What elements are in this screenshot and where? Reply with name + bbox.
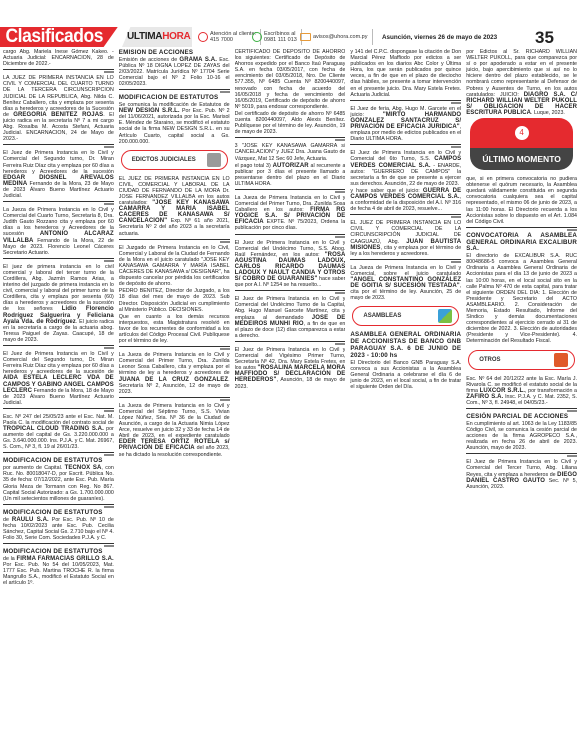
ultimahora-logo[interactable]: ULTIMAHORA xyxy=(127,31,190,42)
divider xyxy=(235,290,346,294)
classified-ad: La Jueza de Primera Instancia en lo Civi… xyxy=(119,352,230,395)
divider xyxy=(3,201,114,205)
divider xyxy=(3,452,114,456)
classified-ad: La Jueza de Primera Instancia en lo Civi… xyxy=(235,195,346,232)
box-icon xyxy=(554,353,568,367)
section-badge-asambleas[interactable]: ASAMBLEAS xyxy=(352,306,459,326)
ad-heading: MODIFICACION DE ESTATUTOS xyxy=(3,549,114,556)
divider xyxy=(350,214,461,218)
classified-ad: PEDRO BENITEZ, Director de Juzgado, a lo… xyxy=(119,288,230,312)
divider xyxy=(235,341,346,345)
ad-heading: EMISION DE ACCIONES xyxy=(119,50,230,57)
classified-ad: cargo Abg. Mariela Inese Gómez Kakeo. - … xyxy=(3,49,114,67)
divider xyxy=(3,408,114,412)
divider xyxy=(3,543,114,547)
ad-heading: CESIÓN PARCIAL DE ACCIONES xyxy=(466,414,577,421)
column-4: y 141 del C.P.C. dispongase la citación … xyxy=(350,49,461,753)
classified-ad: 3 "JOSE KEY KANASAWA GAMARRA s/ CANCELAC… xyxy=(235,143,346,161)
classified-ad: El Juez de Primera Instancia en lo Civil… xyxy=(3,150,114,199)
classified-ad: El Juzgado de Primera Instancia en lo Ci… xyxy=(119,245,230,288)
classified-ad: La Jueza de Primera Instancia en lo Civi… xyxy=(3,207,114,256)
divider xyxy=(235,137,346,141)
ad-heading: CONVOCATORIA A ASAMBLEA GENERAL ORDINARI… xyxy=(466,233,577,253)
classified-ad: La Jueza de Primera Instancia en lo Civi… xyxy=(119,403,230,458)
contact-whatsapp[interactable]: Escríbinos al0981 111 013 xyxy=(252,29,302,45)
classified-ad: y hace saber que el juicio: GUERRA DE CA… xyxy=(350,188,461,212)
divider xyxy=(466,453,577,457)
ultimo-momento-banner[interactable]: 4 ÚLTIMO MOMENTO xyxy=(470,118,573,170)
classified-ad: y 141 del C.P.C. dispongase la citación … xyxy=(350,49,461,98)
divider xyxy=(235,189,346,193)
classified-ad: El Juez de feria, Abg. Hugo M. Garcete e… xyxy=(350,106,461,143)
divider xyxy=(350,100,461,104)
divider xyxy=(466,227,577,231)
contact-email[interactable]: avisos@uhora.com.py xyxy=(300,29,373,45)
issue-date: Asunción, viernes 26 de mayo de 2023 xyxy=(382,34,497,41)
classified-ad: El Juez de Primera Instancia en lo Civil… xyxy=(235,296,346,339)
classified-ad: Esc. Nº 64 del 20/12/22 ante la Esc. Mar… xyxy=(466,376,577,406)
classified-ad: La Jueza de Primera Instancia en lo Civi… xyxy=(350,265,461,302)
divider xyxy=(119,397,230,401)
section-badge-otros[interactable]: OTROS xyxy=(468,350,575,370)
divider xyxy=(350,144,461,148)
ad-heading: MODIFICACION DE ESTATUTOS xyxy=(3,458,114,465)
page-number: 35 xyxy=(535,28,554,48)
divider xyxy=(3,504,114,508)
phone-icon xyxy=(198,32,208,42)
whatsapp-icon xyxy=(252,32,262,42)
divider xyxy=(119,89,230,93)
classified-ad: Que en cuanto a los demás recursos inter… xyxy=(119,314,230,344)
ad-heading: MODIFICACION DE ESTATUTOS xyxy=(3,510,114,517)
classified-ad: El Juez de Primera Instancia en lo Civil… xyxy=(3,351,114,406)
column-5: por Edictos al Sr. RICHARD WILLIAN WELTE… xyxy=(466,49,577,753)
section-title: Clasificados xyxy=(0,27,118,47)
clock-icon: 4 xyxy=(515,126,529,140)
classified-ad: CERTIFICADO DE DEPOSITO DE AHORRO los si… xyxy=(235,49,346,110)
divider xyxy=(119,346,230,350)
people-icon xyxy=(438,309,452,323)
classified-ad: El Juez de Primera Instancia en lo Civil… xyxy=(235,240,346,289)
classified-ad: Del certificado de depósito de ahorro Nº… xyxy=(235,111,346,135)
divider xyxy=(119,239,230,243)
divider xyxy=(3,345,114,349)
classifieds-columns: cargo Abg. Mariela Inese Gómez Kakeo. - … xyxy=(3,49,577,753)
column-3: CERTIFICADO DE DEPOSITO DE AHORRO los si… xyxy=(235,49,346,753)
classified-ad: El Juez de Primera Instancia en lo Civil… xyxy=(466,459,577,489)
classified-ad: EL JUEZ DE PRIMERA INSTANCIA EN LO CIVIL… xyxy=(350,220,461,257)
divider xyxy=(3,69,114,73)
ad-heading: ASAMBLEA GENERAL ORDINARIA DE ACCIONISTA… xyxy=(350,332,461,359)
divider xyxy=(350,259,461,263)
ad-heading: MODIFICACION DE ESTATUTOS xyxy=(119,95,230,102)
section-badge-edictos-judiciales[interactable]: EDICTOS JUDICIALES xyxy=(121,150,228,170)
gavel-icon xyxy=(207,153,221,167)
classified-ad: El Juez de Primera Instancia en lo Civil… xyxy=(350,150,461,187)
classified-ad: Esc. Nº 247 del 25/05/23 ante el Esc. Na… xyxy=(3,414,114,451)
classified-ad: LA JUEZ DE PRIMERA INSTANCIA EN LO CIVIL… xyxy=(3,75,114,142)
classified-ad: que, si en primera convocatoria no pudie… xyxy=(466,176,577,225)
divider xyxy=(3,144,114,148)
page-header: Clasificados ULTIMAHORA Atención al clie… xyxy=(0,27,580,47)
divider xyxy=(466,408,577,412)
classified-ad: por Edictos al Sr. RICHARD WILLIAN WELTE… xyxy=(466,49,577,116)
classified-ad: El Juez de Primera Instancia en lo Civil… xyxy=(235,347,346,390)
divider xyxy=(235,234,346,238)
classified-ad: EL JUEZ DE PRIMERA INSTANCIA EN LO CIVIL… xyxy=(119,176,230,237)
divider xyxy=(3,258,114,262)
column-1: cargo Abg. Mariela Inese Gómez Kakeo. - … xyxy=(3,49,114,753)
email-icon xyxy=(300,33,311,41)
column-2: EMISION DE ACCIONES Emisión de acciones … xyxy=(119,49,230,753)
classified-ad: El juez de primera instancia en lo civil… xyxy=(3,264,114,343)
classified-ad: el pago total 3) AUTORIZAR al recurrente… xyxy=(235,163,346,187)
